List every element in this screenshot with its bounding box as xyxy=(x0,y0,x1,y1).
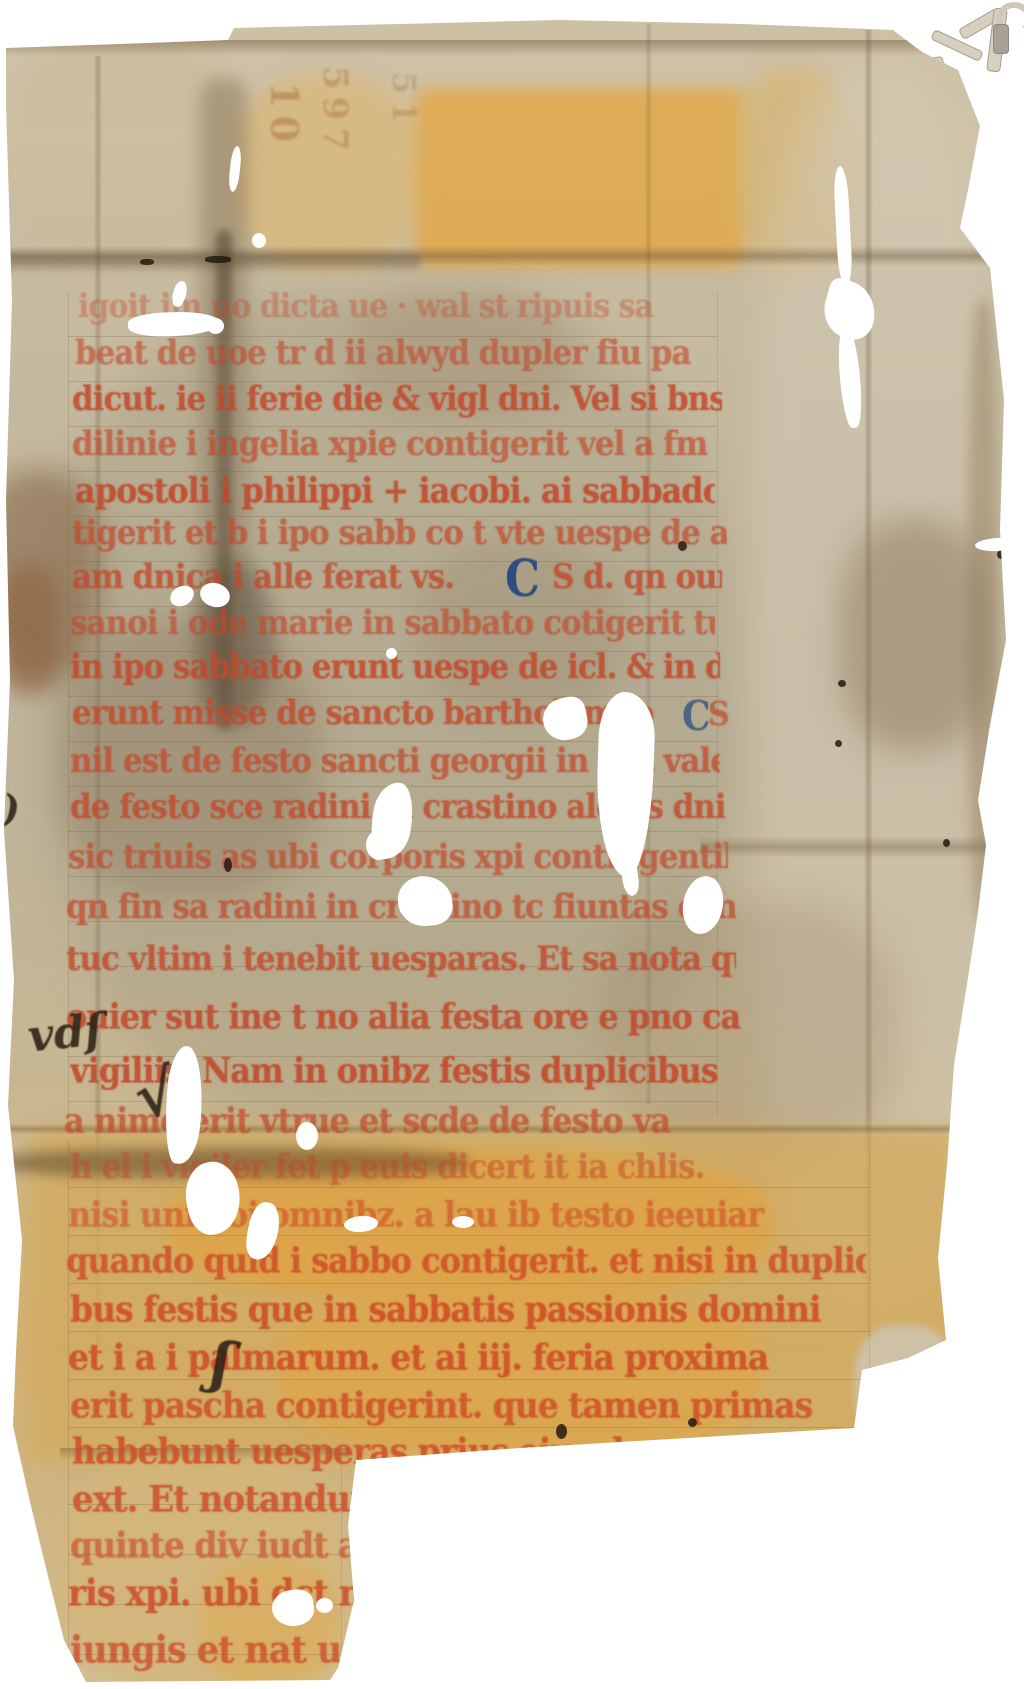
text-line: am dnica i alle ferat vs. xyxy=(72,558,502,597)
hole xyxy=(296,1122,318,1150)
hole xyxy=(252,233,266,248)
text-line: iungis et nat uati xyxy=(70,1628,460,1672)
binding-tie-clasp xyxy=(993,24,1009,54)
parchment-fragment: 10 597 51 xyxy=(0,0,1024,1689)
hole xyxy=(316,1598,333,1613)
ink-speck xyxy=(576,1448,585,1459)
hole-center xyxy=(366,830,392,860)
text-line: beat de uoe tr d ii alwyd dupler fiu pa xyxy=(75,334,715,373)
hole xyxy=(207,318,224,334)
stain xyxy=(968,300,998,920)
text-line: ext. Et notandum qd xyxy=(72,1478,472,1521)
text-line: nisi uni i oi omnibz. a lau ib testo iee… xyxy=(68,1194,828,1235)
ink-speck xyxy=(688,1418,697,1427)
hole xyxy=(452,1216,474,1228)
ink-speck xyxy=(838,680,846,687)
text-line: habebunt uesperas prius eius de xyxy=(72,1430,712,1472)
marginal-tick: › xyxy=(0,1160,13,1198)
ink-speck xyxy=(943,839,950,847)
ink-speck xyxy=(140,259,154,265)
ink-speck xyxy=(224,858,232,872)
ink-speck xyxy=(526,1466,534,1474)
marginal-note: vdſ xyxy=(26,1004,106,1063)
hole xyxy=(386,648,397,659)
text-line: S xyxy=(708,696,738,734)
text-line: sanoi i ode marie in sabbato cotigerit t… xyxy=(70,604,715,643)
text-line: erit pascha contigerint. que tamen prima… xyxy=(70,1384,850,1426)
text-line: tuc vltim i tenebit uesparas. Et sa nota… xyxy=(66,940,736,979)
marginal-tick: ) xyxy=(2,786,20,831)
text-line: tigerit et b i ipo sabb co t vte uespe d… xyxy=(72,514,727,553)
text-line: et i a i palmarum. et ai iij. feria prox… xyxy=(68,1336,858,1378)
hole xyxy=(534,1457,565,1480)
blue-paragraph-mark: C xyxy=(505,550,540,609)
text-line: quinte div iudt ad xyxy=(70,1524,450,1566)
text-line: ouier sut ine t no alia festa ore e pno … xyxy=(66,996,741,1037)
text-line: dicut. ie ii ferie die & vigl dni. Vel s… xyxy=(72,380,722,419)
ink-speck xyxy=(678,541,687,551)
ink-speck xyxy=(997,550,1005,559)
text-line: apostoli i philippi + iacobi. ai sabbado… xyxy=(75,470,715,511)
text-line: quando quid i sabbo contigerit. et nisi … xyxy=(66,1240,866,1281)
ink-speck xyxy=(835,740,842,747)
text-line: dilinie i ingelia xpie contigerit vel a … xyxy=(72,425,722,464)
text-line: bus festis que in sabbatis passionis dom… xyxy=(70,1288,850,1330)
stain-yellow-patch xyxy=(415,88,745,268)
text-line: ris xpi. ubi dct nuc xyxy=(68,1572,458,1615)
ghost-shelfmark: 597 xyxy=(315,66,355,231)
ink-speck xyxy=(205,256,231,263)
ink-speck xyxy=(556,1424,567,1439)
ghost-shelfmark: 10 xyxy=(262,82,307,232)
manuscript-photo: 10 597 51 xyxy=(0,0,1024,1689)
stain xyxy=(855,1325,955,1440)
ghost-shelfmark: 51 xyxy=(385,72,423,222)
stain-left-blotch xyxy=(0,565,60,695)
fold-crease-top-edge xyxy=(0,40,1015,56)
blue-paragraph-mark: C xyxy=(682,692,711,740)
text-line: S d. qn our xyxy=(552,558,722,597)
